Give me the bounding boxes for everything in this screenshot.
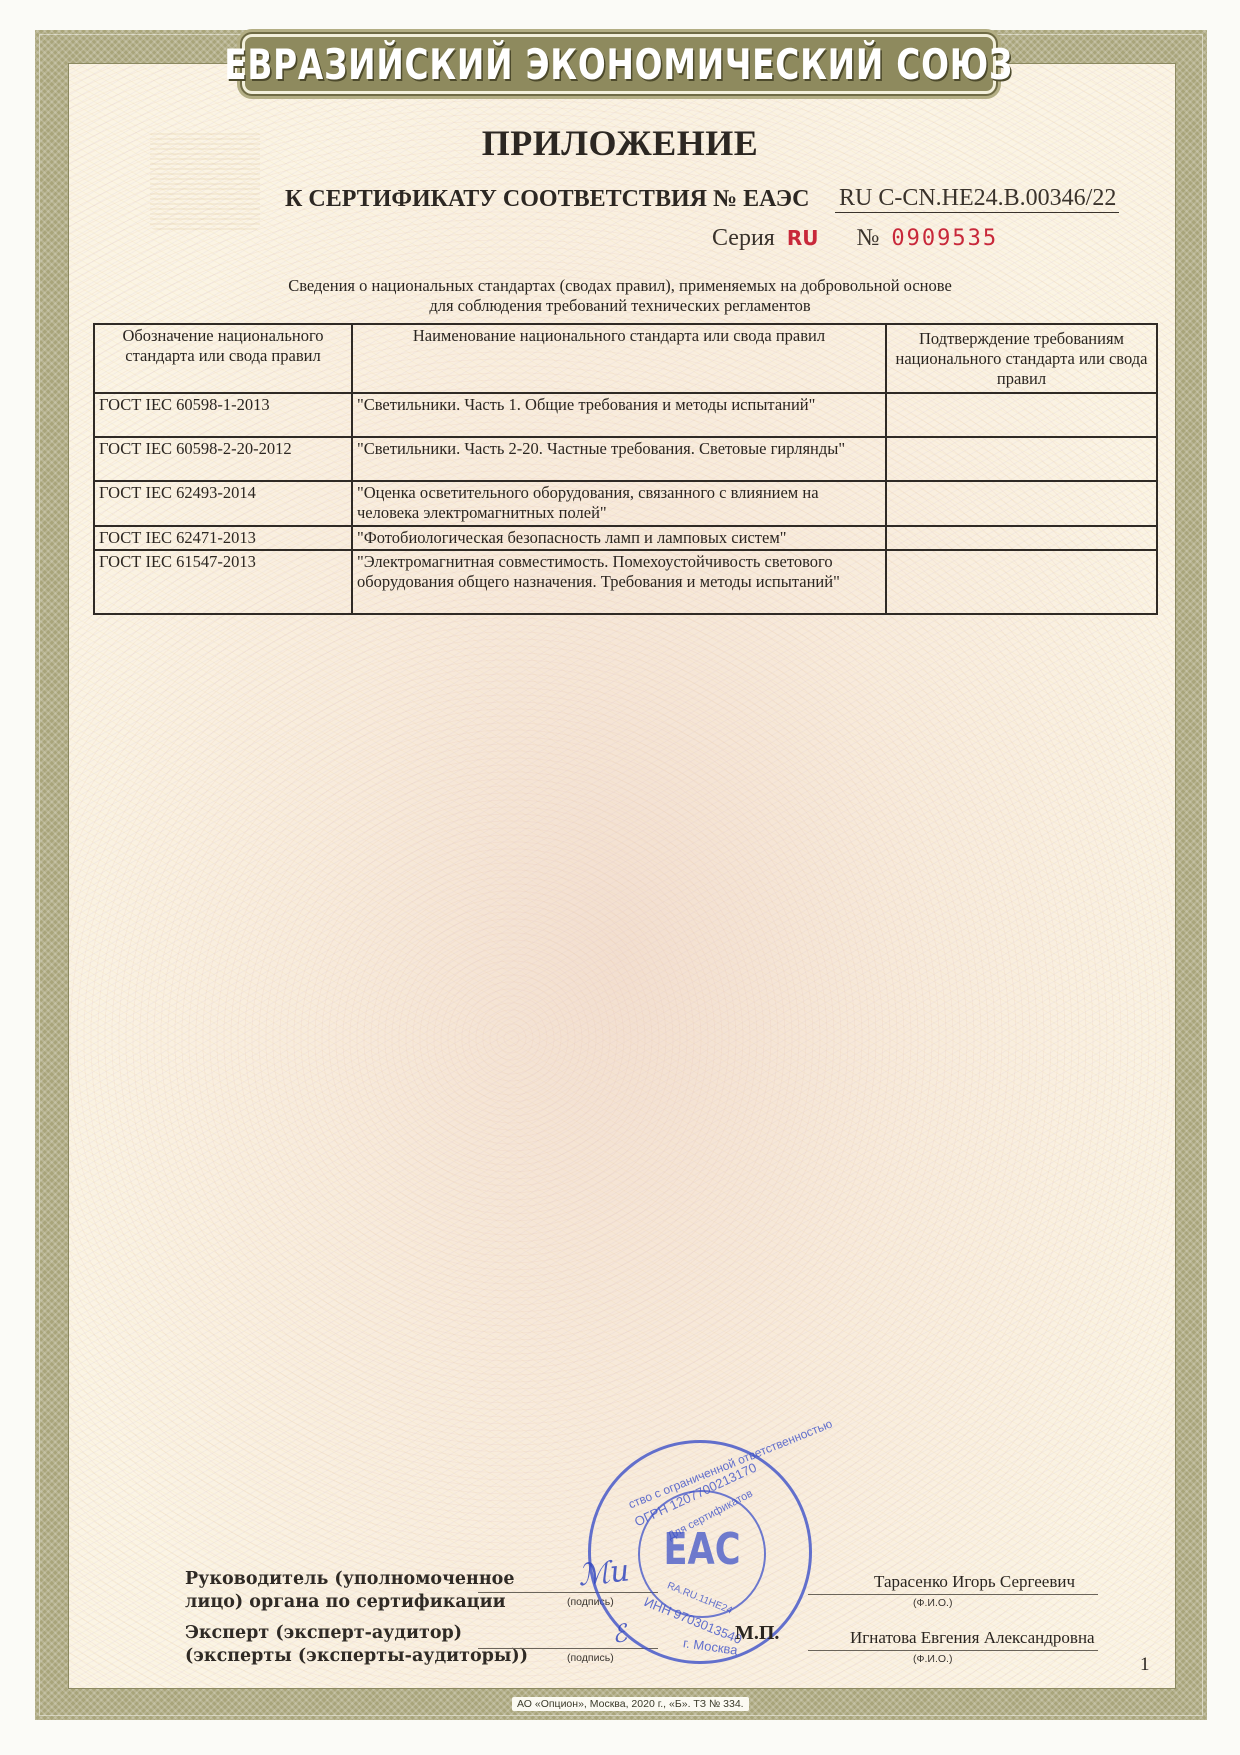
head-name: Тарасенко Игорь Сергеевич — [874, 1572, 1075, 1592]
banner-title: ЕВРАЗИЙСКИЙ ЭКОНОМИЧЕСКИЙ СОЮЗ — [225, 40, 1014, 89]
form-serial-number: 0909535 — [891, 226, 998, 251]
head-handwritten-signature: ℳu — [576, 1553, 631, 1593]
head-of-body-label: Руководитель (уполномоченное лицо) орган… — [185, 1568, 514, 1614]
standard-confirmation — [886, 481, 1157, 526]
standard-name: "Фотобиологическая безопасность ламп и л… — [352, 526, 886, 550]
standard-confirmation — [886, 393, 1157, 437]
standard-code: ГОСТ IEC 62471-2013 — [94, 526, 352, 550]
standard-name: "Электромагнитная совместимость. Помехоу… — [352, 550, 886, 614]
header-standard-code: Обозначение национального стандарта или … — [94, 324, 352, 393]
head-fio-caption: (Ф.И.О.) — [913, 1597, 952, 1609]
head-label-line-1: Руководитель (уполномоченное — [185, 1568, 514, 1591]
certificate-reference-label: К СЕРТИФИКАТУ СООТВЕТСТВИЯ № ЕАЭС — [285, 186, 809, 213]
expert-name: Игнатова Евгения Александровна — [850, 1628, 1095, 1648]
intro-text: Сведения о национальных стандартах (свод… — [0, 276, 1240, 316]
table-header-row: Обозначение национального стандарта или … — [94, 324, 1157, 393]
standards-table: Обозначение национального стандарта или … — [93, 323, 1158, 615]
union-banner: ЕВРАЗИЙСКИЙ ЭКОНОМИЧЕСКИЙ СОЮЗ — [242, 34, 996, 94]
head-label-line-2: лицо) органа по сертификации — [185, 1591, 514, 1614]
table-row: ГОСТ IEC 60598-2-20-2012 "Светильники. Ч… — [94, 437, 1157, 481]
standard-code: ГОСТ IEC 62493-2014 — [94, 481, 352, 526]
number-sign: № — [856, 225, 879, 251]
expert-fio-caption: (Ф.И.О.) — [913, 1653, 952, 1665]
head-name-line — [808, 1594, 1098, 1595]
certificate-number: RU C-CN.НЕ24.В.00346/22 — [835, 185, 1119, 213]
standard-name: "Светильники. Часть 1. Общие требования … — [352, 393, 886, 437]
table-row: ГОСТ IEC 61547-2013 "Электромагнитная со… — [94, 550, 1157, 614]
standard-code: ГОСТ IEC 60598-2-20-2012 — [94, 437, 352, 481]
expert-signature-line — [478, 1648, 658, 1649]
standard-confirmation — [886, 526, 1157, 550]
header-standard-name: Наименование национального стандарта или… — [352, 324, 886, 393]
page-number: 1 — [1140, 1654, 1150, 1676]
standard-name: "Оценка осветительного оборудования, свя… — [352, 481, 886, 526]
header-confirmation: Подтверждение требованиям национального … — [886, 324, 1157, 393]
expert-label-line-2: (эксперты (эксперты-аудиторы)) — [185, 1645, 528, 1668]
page-title: ПРИЛОЖЕНИЕ — [0, 122, 1240, 164]
table-row: ГОСТ IEC 62471-2013 "Фотобиологическая б… — [94, 526, 1157, 550]
series-code: RU — [787, 226, 819, 250]
table-row: ГОСТ IEC 62493-2014 "Оценка осветительно… — [94, 481, 1157, 526]
series-row: Серия RU № 0909535 — [712, 225, 998, 252]
series-label: Серия — [712, 225, 775, 251]
intro-line-2: для соблюдения требований технических ре… — [0, 296, 1240, 316]
printer-imprint: АО «Опцион», Москва, 2020 г., «Б». ТЗ № … — [512, 1697, 749, 1711]
seal-place-label: М.П. — [735, 1622, 779, 1645]
table-row: ГОСТ IEC 60598-1-2013 "Светильники. Част… — [94, 393, 1157, 437]
expert-signature-caption: (подпись) — [567, 1652, 614, 1664]
expert-name-line — [808, 1650, 1098, 1651]
standard-confirmation — [886, 437, 1157, 481]
intro-line-1: Сведения о национальных стандартах (свод… — [0, 276, 1240, 296]
expert-label-line-1: Эксперт (эксперт-аудитор) — [185, 1622, 528, 1645]
standard-code: ГОСТ IEC 60598-1-2013 — [94, 393, 352, 437]
standard-code: ГОСТ IEC 61547-2013 — [94, 550, 352, 614]
expert-label: Эксперт (эксперт-аудитор) (эксперты (экс… — [185, 1622, 528, 1668]
standard-name: "Светильники. Часть 2-20. Частные требов… — [352, 437, 886, 481]
standard-confirmation — [886, 550, 1157, 614]
